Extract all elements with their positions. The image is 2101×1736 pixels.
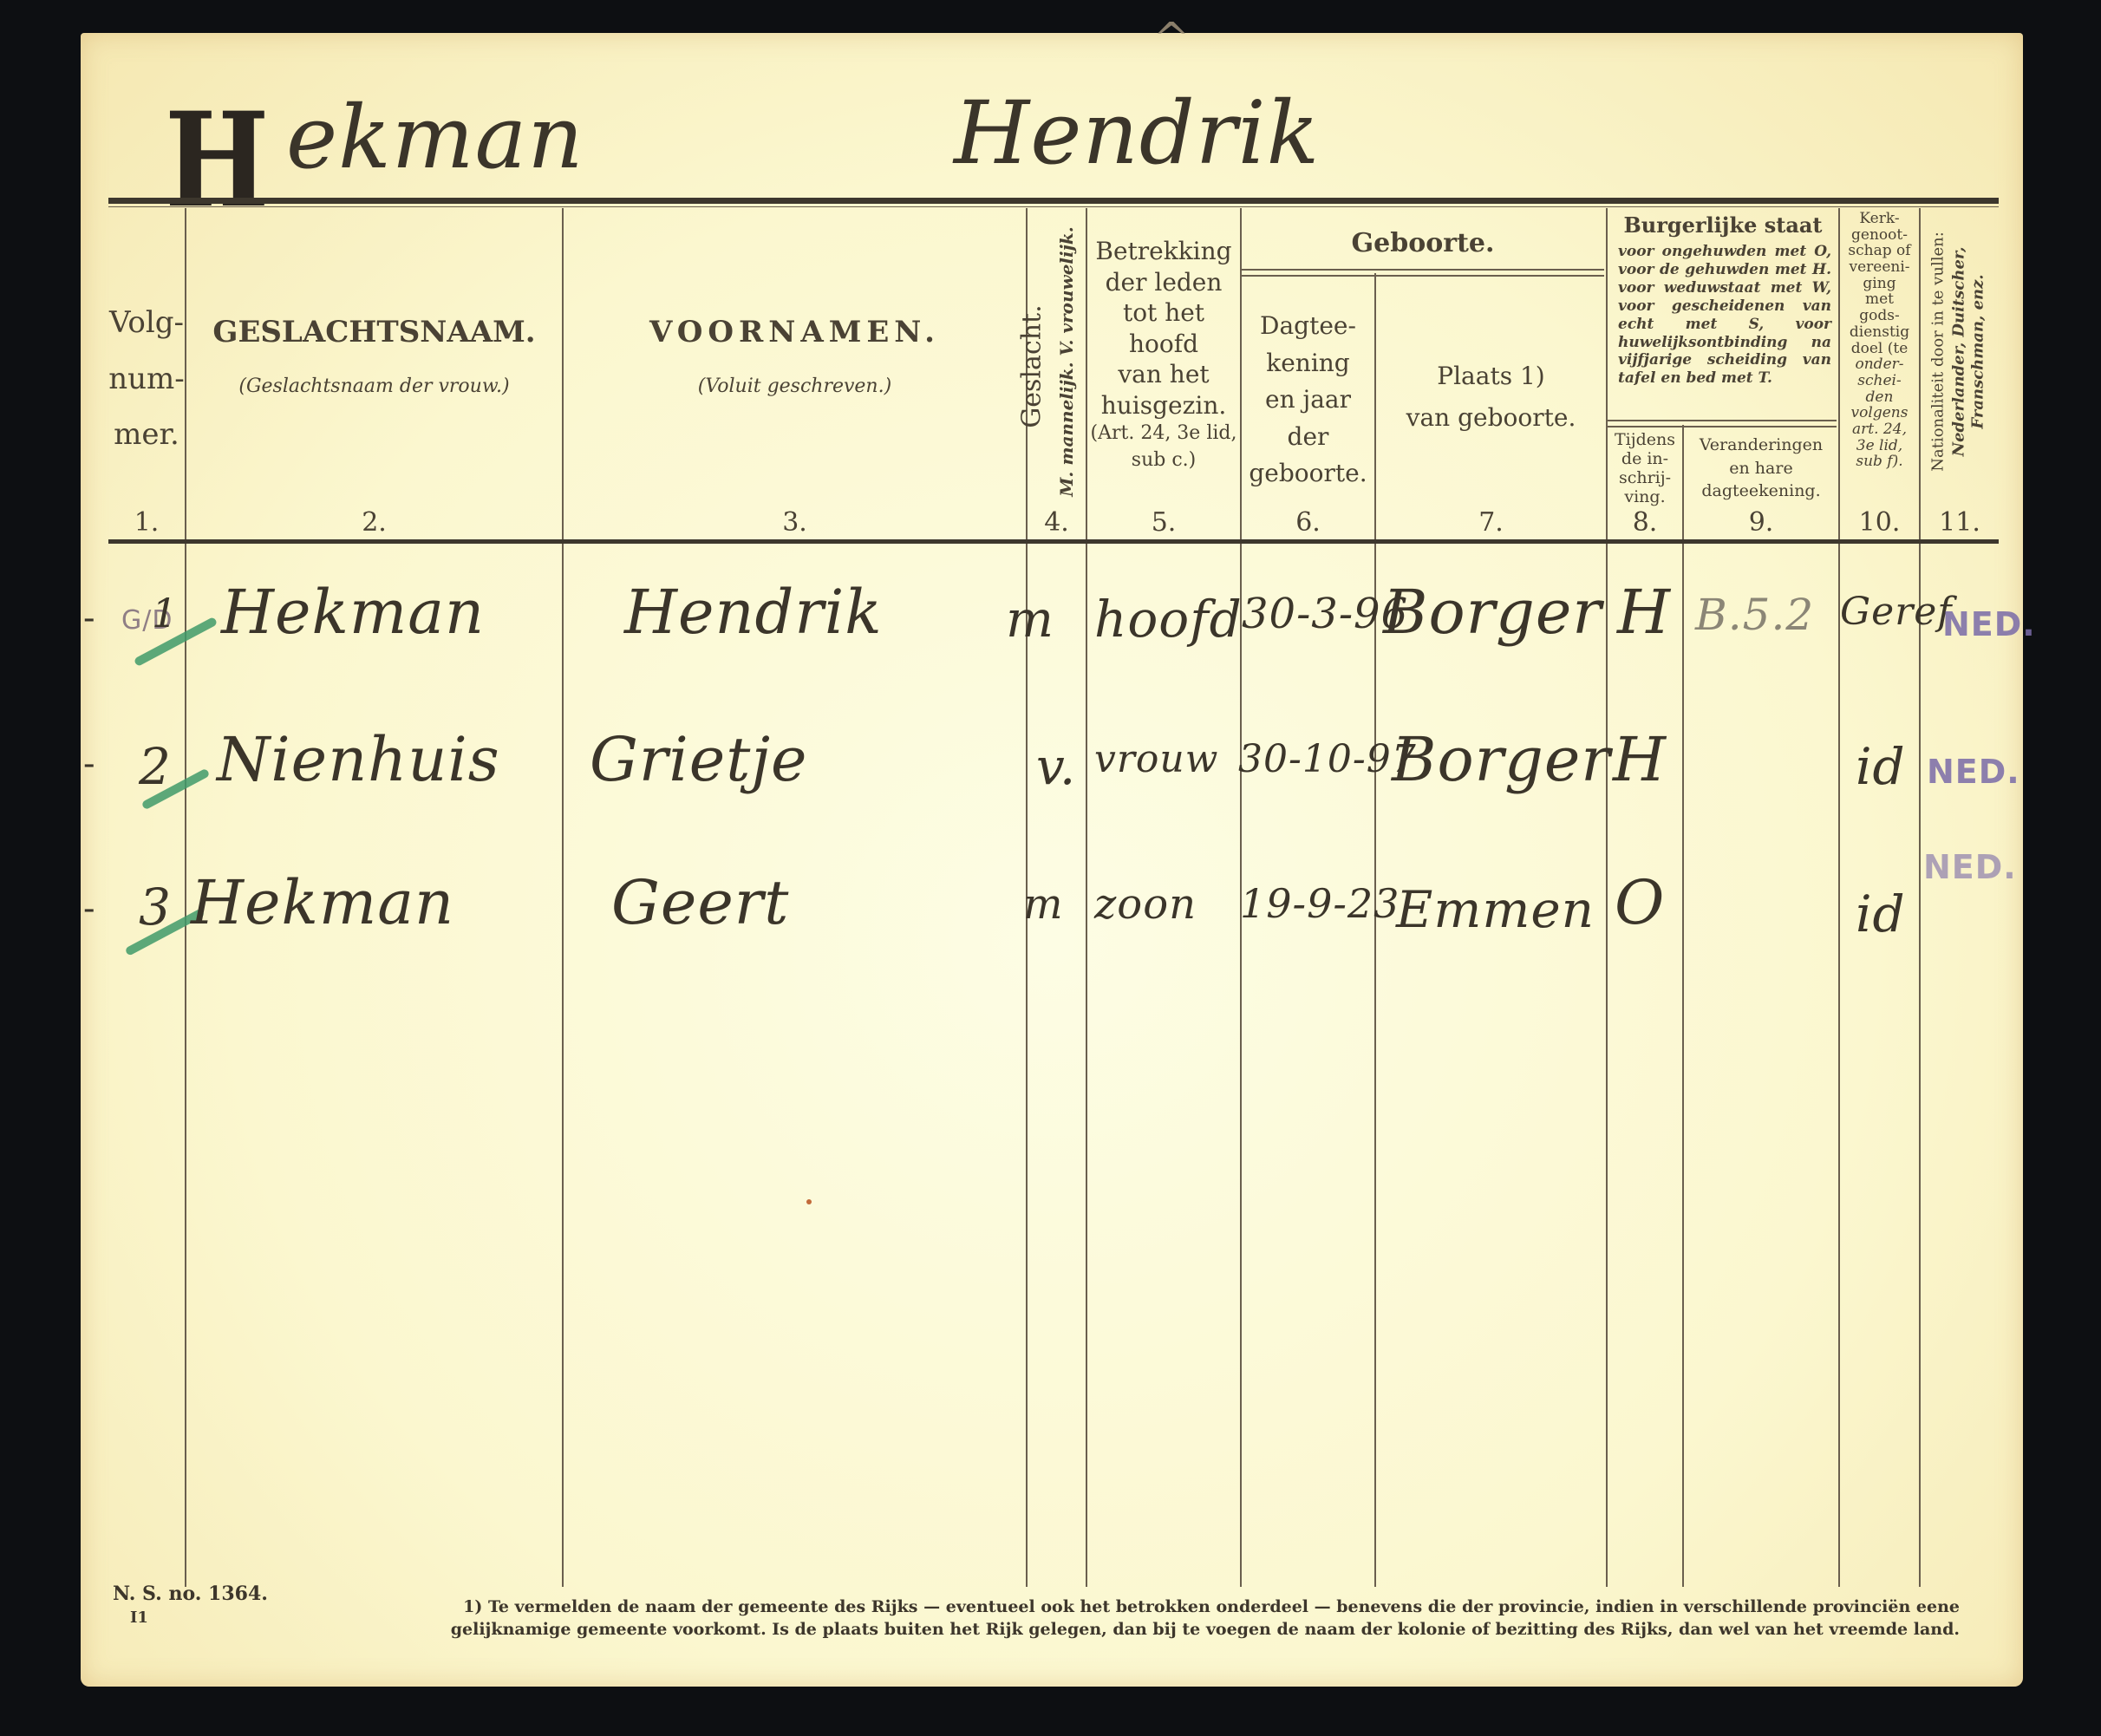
nationaliteit-stamp: NED. <box>1923 848 2017 886</box>
colnum-3: 3. <box>564 507 1026 538</box>
divider-col10 <box>1919 208 1921 1587</box>
row-betrekking: zoon <box>1094 880 1197 929</box>
header-kerkgenootschap: Kerk- genoot- schap of vereeni- ging met… <box>1840 211 1919 470</box>
header-bottom-rule <box>108 539 1999 544</box>
row-kerkgenootschap: Geref <box>1840 590 1953 634</box>
row-geslacht: m <box>1006 590 1054 649</box>
row-betrekking: hoofd <box>1094 590 1243 649</box>
card-surname: ekman <box>286 87 584 188</box>
header-voornamen: VOORNAMEN. <box>564 314 1026 351</box>
top-rule-thin <box>108 206 1999 207</box>
divider-col2 <box>562 208 564 1587</box>
header-geboorte-group: Geboorte. <box>1242 227 1604 260</box>
divider-col7 <box>1606 208 1608 1587</box>
row-kerkgenootschap: id <box>1856 884 1906 943</box>
row-staat-inschrijving: O <box>1615 867 1665 938</box>
divider-col1 <box>185 208 186 1587</box>
colnum-9: 9. <box>1684 507 1838 538</box>
caret-mark: ^ <box>1153 13 1191 63</box>
header-veranderingen: Veranderingen en hare dagteekening. <box>1684 434 1838 503</box>
colnum-11: 11. <box>1921 507 1999 538</box>
header-voornamen-sub: (Voluit geschreven.) <box>564 375 1026 399</box>
row-staat-inschrijving: H <box>1613 724 1667 795</box>
header-plaats: Plaats 1) van geboorte. <box>1376 356 1606 438</box>
colnum-4: 4. <box>1028 507 1086 538</box>
row-staat-inschrijving: H <box>1617 577 1671 648</box>
row-geslachtsnaam: Nienhuis <box>217 724 500 795</box>
row-geslachtsnaam: Hekman <box>221 577 485 648</box>
divider-col6 <box>1374 273 1376 1587</box>
burgerlijke-staat-rule <box>1608 420 1837 427</box>
row-geboorteplaats: Borger <box>1392 724 1611 795</box>
colnum-2: 2. <box>186 507 562 538</box>
header-nationaliteit-sub1: Nederlander, Duitscher, <box>1950 209 1968 495</box>
row-geslacht: m <box>1023 880 1064 929</box>
header-tijdens-inschrijving: Tijdens de in- schrij- ving. <box>1608 431 1682 506</box>
header-geslacht-sub: M. mannelijk. V. vrouwelijk. <box>1056 214 1077 509</box>
colnum-10: 10. <box>1840 507 1919 538</box>
nationaliteit-stamp: NED. <box>1942 605 2036 643</box>
top-rule <box>108 198 1999 204</box>
header-nationaliteit-sub2: Franschman, enz. <box>1969 209 1987 495</box>
row-geboortedatum: 19-9-23 <box>1240 880 1400 927</box>
row-kerkgenootschap: id <box>1856 737 1906 796</box>
header-geslachtsnaam: GESLACHTSNAAM. <box>186 314 562 351</box>
colnum-1: 1. <box>108 507 185 538</box>
form-code: N. S. no. 1364. <box>113 1583 268 1605</box>
header-betrekking: Betrekking der leden tot het hoofd van h… <box>1087 236 1240 474</box>
header-volgnummer: Volg- num- mer. <box>108 295 185 463</box>
row-geslacht: v. <box>1036 737 1076 796</box>
header-dagteekening: Dagtee- kening en jaar der geboorte. <box>1242 308 1374 493</box>
nationaliteit-stamp: NED. <box>1927 753 2020 791</box>
header-geslacht: Geslacht. <box>1017 219 1047 514</box>
geboorte-rule <box>1242 269 1604 277</box>
colnum-6: 6. <box>1242 507 1374 538</box>
row-geslachtsnaam: Hekman <box>191 867 454 938</box>
colnum-5: 5. <box>1087 507 1240 538</box>
row-geboorteplaats: Borger <box>1383 577 1602 648</box>
row-voornamen: Grietje <box>590 724 807 795</box>
row-geboorteplaats: Emmen <box>1396 880 1595 939</box>
row-voornamen: Geert <box>611 867 789 938</box>
row-volgnummer: 1 <box>152 590 178 636</box>
form-sub: I1 <box>130 1609 148 1627</box>
header-burgerlijke-staat-desc: voor ongehuwden met O, voor de gehuwden … <box>1618 243 1831 388</box>
row-staat-veranderingen: B.5.2 <box>1695 590 1814 640</box>
header-burgerlijke-staat: Burgerlijke staat <box>1609 212 1837 238</box>
row-betrekking: vrouw <box>1094 737 1218 781</box>
header-geslachtsnaam-sub: (Geslachtsnaam der vrouw.) <box>186 375 562 399</box>
footnote-line-2: gelijknamige gemeente voorkomt. Is de pl… <box>364 1620 1960 1639</box>
colnum-7: 7. <box>1376 507 1606 538</box>
colnum-8: 8. <box>1608 507 1682 538</box>
footnote-line-1: 1) Te vermelden de naam der gemeente des… <box>382 1597 1960 1616</box>
divider-col8 <box>1682 425 1684 1587</box>
row-geboortedatum: 30-10-97 <box>1238 737 1417 781</box>
row-voornamen: Hendrik <box>624 577 883 648</box>
header-nationaliteit: Nationaliteit door in te vullen: <box>1929 209 1948 495</box>
row-volgnummer: 2 <box>139 737 172 796</box>
paper-speck <box>806 1199 812 1204</box>
card-first-name: Hendrik <box>954 82 1320 184</box>
